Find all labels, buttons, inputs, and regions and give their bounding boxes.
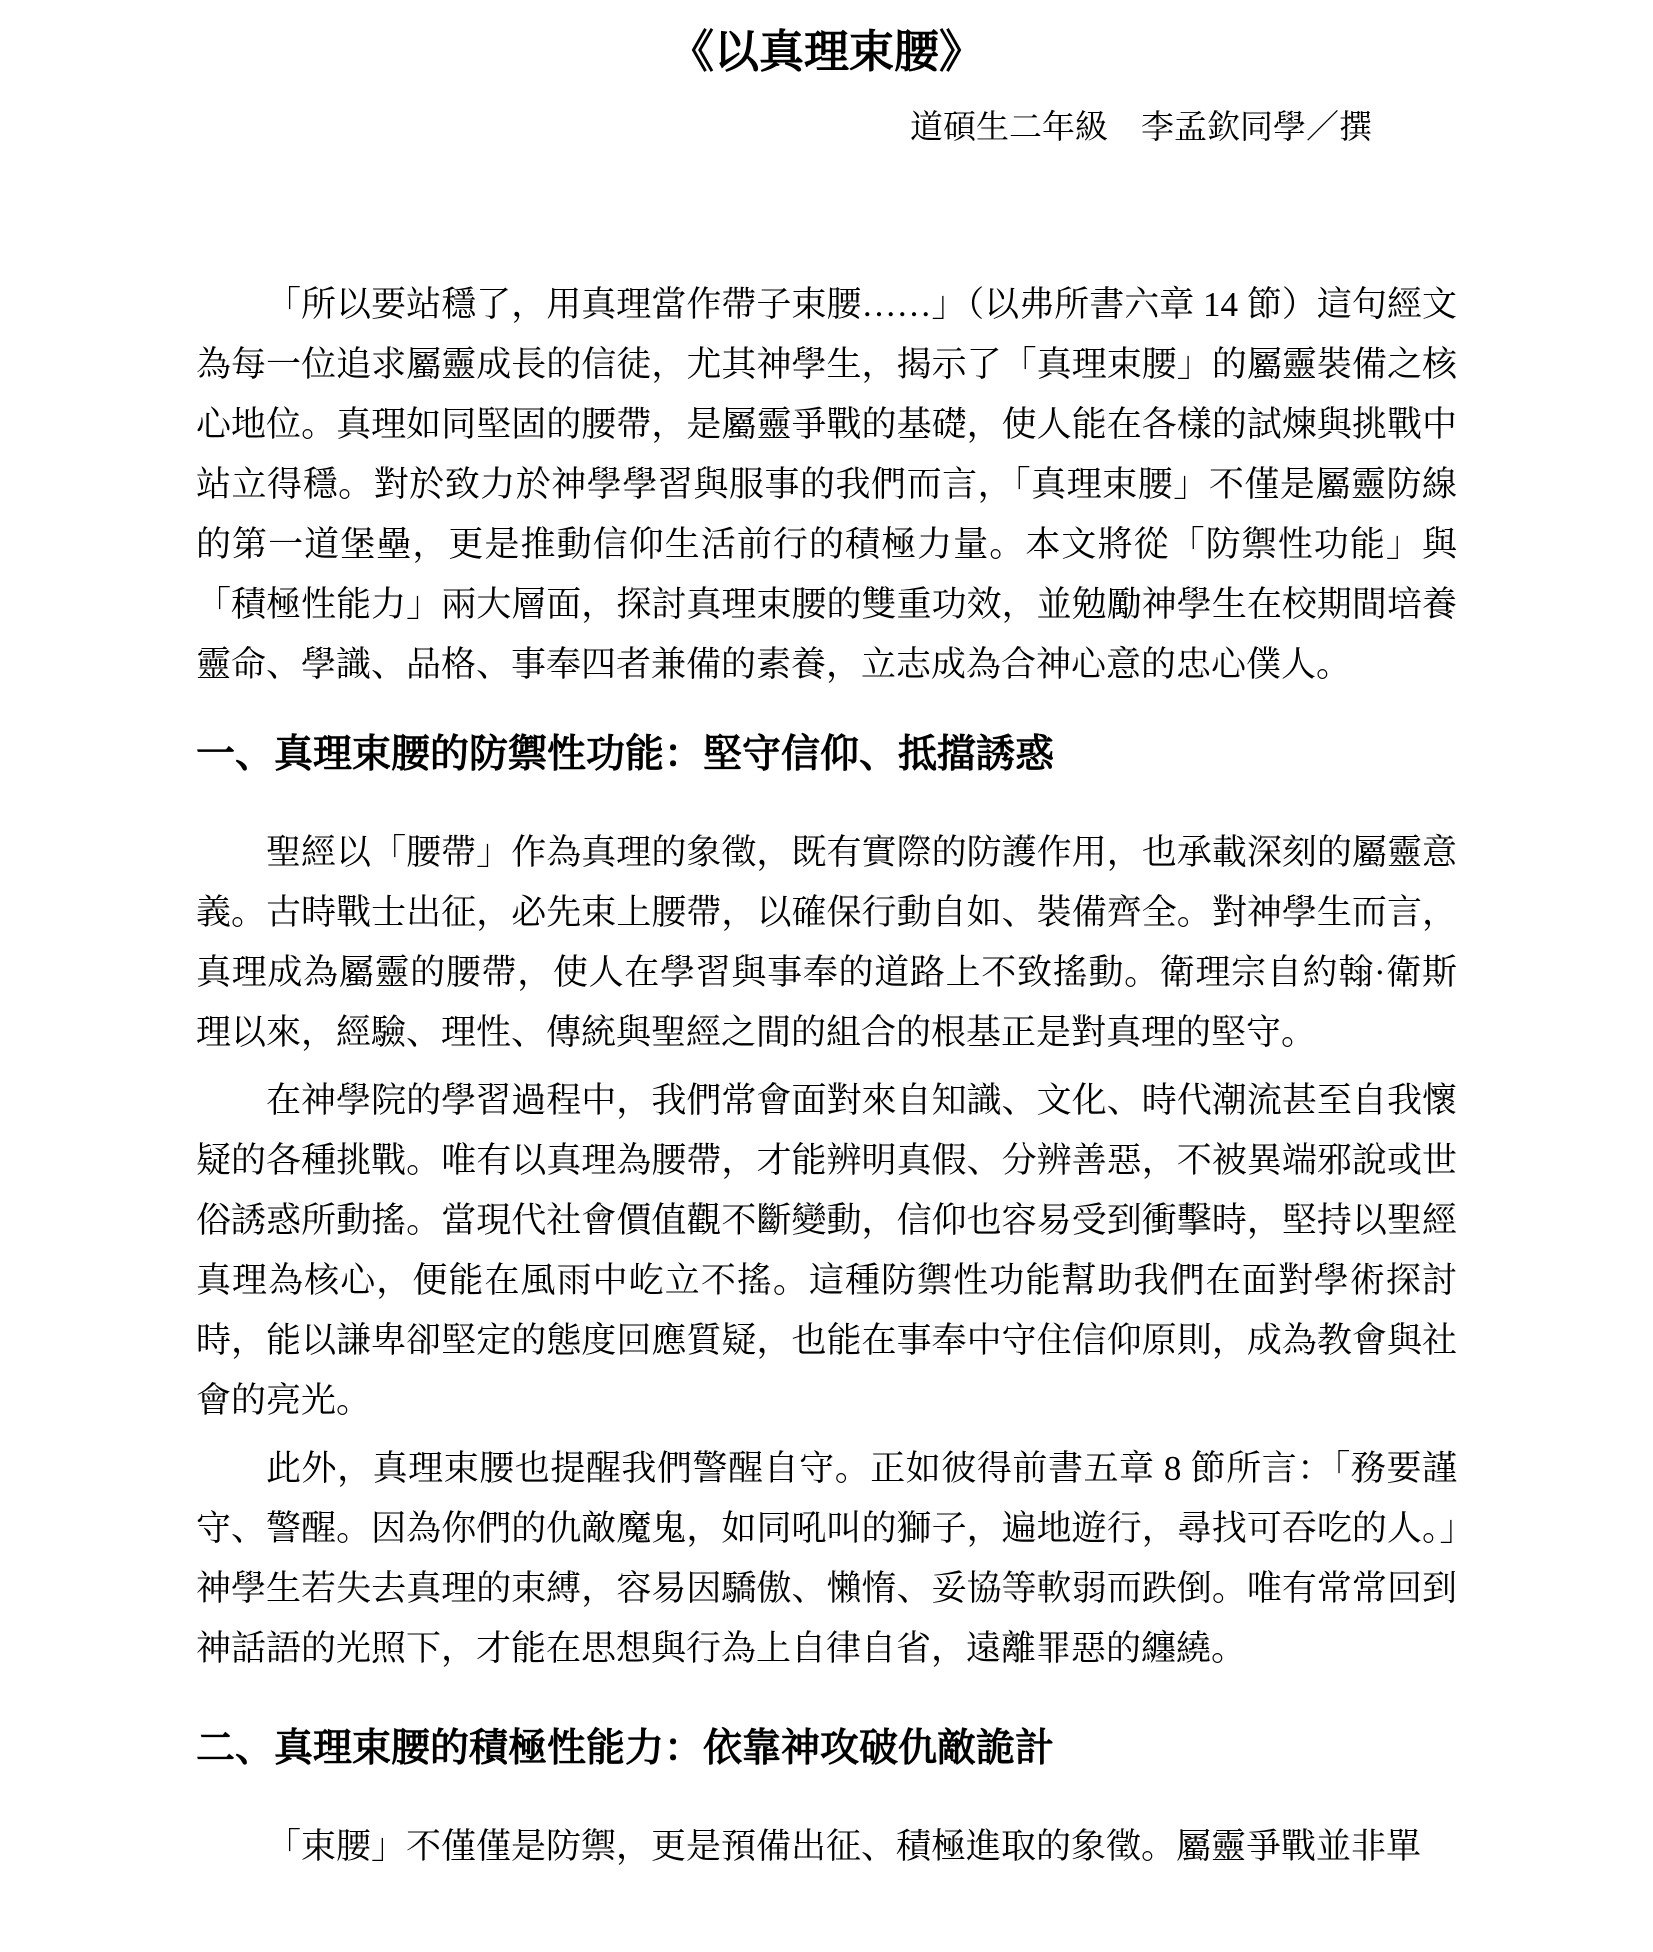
- section-heading-1: 一、真理束腰的防禦性功能：堅守信仰、抵擋誘惑: [196, 730, 1457, 780]
- intro-paragraph: 「所以要站穩了，用真理當作帶子束腰……」（以弗所書六章 14 節）這句經文為每一…: [196, 275, 1457, 695]
- section1-paragraph-2: 在神學院的學習過程中，我們常會面對來自知識、文化、時代潮流甚至自我懷疑的各種挑戰…: [196, 1071, 1457, 1431]
- author-byline: 道碩生二年級 李孟欽同學／撰: [196, 105, 1372, 151]
- section2-paragraph-1: 「束腰」不僅僅是防禦，更是預備出征、積極進取的象徵。屬靈爭戰並非單: [196, 1817, 1457, 1877]
- section1-paragraph-1: 聖經以「腰帶」作為真理的象徵，既有實際的防護作用，也承載深刻的屬靈意義。古時戰士…: [196, 823, 1457, 1063]
- section1-paragraph-3: 此外，真理束腰也提醒我們警醒自守。正如彼得前書五章 8 節所言：「務要謹守、警醒…: [196, 1439, 1457, 1679]
- document-page: 《以真理束腰》 道碩生二年級 李孟欽同學／撰 「所以要站穩了，用真理當作帶子束腰…: [0, 0, 1653, 1952]
- section-heading-2: 二、真理束腰的積極性能力：依靠神攻破仇敵詭計: [196, 1724, 1457, 1774]
- document-title: 《以真理束腰》: [196, 25, 1457, 79]
